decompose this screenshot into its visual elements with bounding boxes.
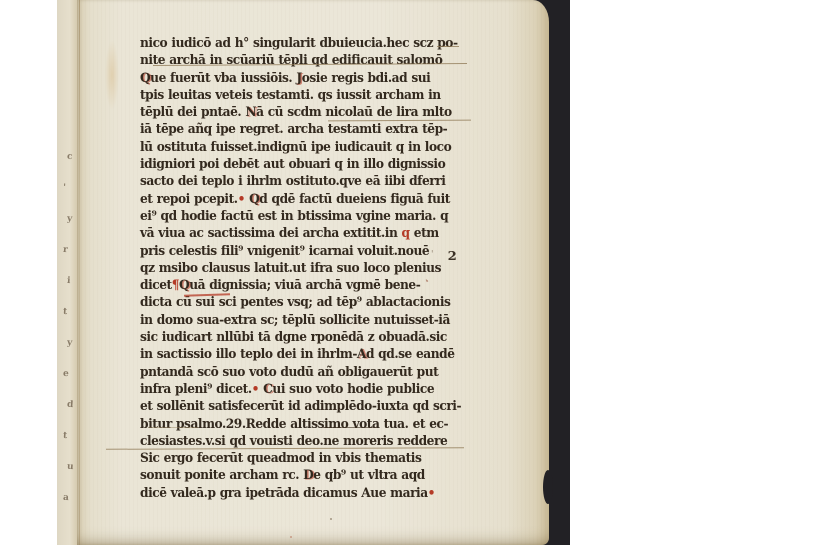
text-line: dicta cū sui sci pentes vsq; ad tēp⁹ abl… xyxy=(140,294,458,311)
text-segment: dicet xyxy=(140,278,172,293)
text-line: in sactissio illo teplo dei in ihrlm-Ad … xyxy=(140,346,458,363)
text-line: pris celestis fili⁹ vnigenit⁹ icarnai vo… xyxy=(140,243,458,260)
text-segment: dicta cū sui sci pentes vsq; ad tēp⁹ abl… xyxy=(140,295,450,310)
text-segment: uā dignissia; viuā archā vgmē bene- xyxy=(189,278,420,293)
text-segment: et sollēnit satisfecerūt id adimplēdo-iu… xyxy=(140,399,461,414)
text-segment: qz msibo clausus latuit.ut ifra suo loco… xyxy=(140,261,441,276)
paper-stain xyxy=(105,40,119,110)
text-segment: bitur psalmo.29.Redde altissimo vota tua… xyxy=(140,417,448,432)
text-line: sonuit ponite archam rc. De qb⁹ ut vltra… xyxy=(140,467,458,484)
text-segment: iā tēpe añq ipe regret. archa testamti e… xyxy=(140,122,447,137)
bleed-fragment: i xyxy=(67,276,71,286)
text-line: pntandā scō suo voto dudū añ obligauerūt… xyxy=(140,364,458,381)
text-segment: sacto dei teplo i ihrlm ostituto.qve eā … xyxy=(140,174,445,189)
text-segment: nico iudicō ad h° singularit dbuieucia.h… xyxy=(140,36,458,51)
text-line: tēplū dei pntaē. Nā cū scdm nicolaū de l… xyxy=(140,104,458,121)
text-line: dicē valeā.p gra ipetrāda dicamus Aue ma… xyxy=(140,485,458,502)
text-line: et sollēnit satisfecerūt id adimplēdo-iu… xyxy=(140,398,458,415)
text-segment: nite archā in scūariū tēpli qd edificaui… xyxy=(140,53,442,68)
underline-vota-tua xyxy=(323,427,377,428)
bleed-fragment: r xyxy=(63,245,68,255)
rubric-mark: • xyxy=(428,486,435,501)
text-segment: tēplū dei pntaē. xyxy=(140,105,245,120)
screenshot-root: { "page": { "description": "incunabulum-… xyxy=(0,0,816,545)
text-line: tpis leuitas veteis testamti. qs iussit … xyxy=(140,87,458,104)
text-line: in domo sua-extra sc; tēplū sollicite nu… xyxy=(140,312,458,329)
text-segment: dicē valeā.p gra ipetrāda dicamus Aue ma… xyxy=(140,486,428,501)
bleed-fragment: d xyxy=(67,400,74,410)
rubric-mark: q xyxy=(402,226,410,241)
text-block: nico iudicō ad h° singularit dbuieucia.h… xyxy=(140,35,480,502)
rubricated-capital: Q xyxy=(179,278,189,293)
text-segment: lū ostituta fuisset.indignū ipe iudicaui… xyxy=(140,140,451,155)
text-segment: infra pleni⁹ dicet. xyxy=(140,382,252,397)
bleed-fragment: y xyxy=(67,338,73,348)
text-segment: in sactissio illo teplo dei in ihrlm- xyxy=(140,347,357,362)
pen-line-short xyxy=(437,46,459,47)
text-line: sic iudicart nllūbi tā dgne rponēdā z ob… xyxy=(140,329,458,346)
text-line: Sic ergo fecerūt queadmod in vbis themat… xyxy=(140,450,458,467)
text-line: iā tēpe añq ipe regret. archa testamti e… xyxy=(140,121,458,138)
text-segment: ā cū scdm nicolaū de lira mlto xyxy=(256,105,452,120)
paper-speck xyxy=(330,518,332,520)
rubric-mark: • xyxy=(252,382,264,397)
text-segment: sic iudicart nllūbi tā dgne rponēdā z ob… xyxy=(140,330,447,345)
rubricated-capital: Q xyxy=(140,71,150,86)
text-line: Que fuerūt vba iussiōis. Josie regis bdi… xyxy=(140,70,458,87)
manuscript-page-scan: c'yrityedtua nico iudicō ad h° singulari… xyxy=(57,0,570,545)
text-segment: d qd.se eandē xyxy=(366,347,455,362)
text-segment: et repoi pcepit. xyxy=(140,192,238,207)
rubricated-capital: C xyxy=(263,382,272,397)
page-edge-notch xyxy=(543,470,553,504)
gutter-crease xyxy=(79,0,80,545)
bleed-fragment: e xyxy=(63,369,69,379)
text-line: qz msibo clausus latuit.ut ifra suo loco… xyxy=(140,260,458,277)
text-line: vā viua ac sactissima dei archa extitit.… xyxy=(140,225,458,242)
rubric-mark: • xyxy=(238,192,250,207)
bleed-fragment: c xyxy=(67,152,73,162)
text-segment: d qdē factū dueiens figuā fuit xyxy=(259,192,450,207)
rubric-mark: ¶ xyxy=(172,278,179,293)
bleed-fragment: t xyxy=(63,431,68,441)
text-segment: ei⁹ qd hodie factū est in btissima vgine… xyxy=(140,209,448,224)
rubricated-capital: N xyxy=(245,105,256,120)
bleed-fragment: y xyxy=(67,214,73,224)
text-line: et repoi pcepit.• Qd qdē factū dueiens f… xyxy=(140,191,458,208)
text-line: lū ostituta fuisset.indignū ipe iudicaui… xyxy=(140,139,458,156)
text-line: ei⁹ qd hodie factū est in btissima vgine… xyxy=(140,208,458,225)
text-segment: pris celestis fili⁹ vnigenit⁹ icarnai vo… xyxy=(140,244,429,259)
text-segment: ui suo voto hodie publice xyxy=(272,382,434,397)
text-segment: pntandā scō suo voto dudū añ obligauerūt… xyxy=(140,365,438,380)
text-line: bitur psalmo.29.Redde altissimo vota tua… xyxy=(140,416,458,433)
text-segment: in domo sua-extra sc; tēplū sollicite nu… xyxy=(140,313,450,328)
bleed-fragment: u xyxy=(67,462,74,472)
text-line: idigniori poi debēt aut obuari q in illo… xyxy=(140,156,458,173)
text-segment: Sic ergo fecerūt queadmod in vbis themat… xyxy=(140,451,421,466)
margin-mark: ' xyxy=(431,250,433,260)
bleed-fragment: t xyxy=(63,307,68,317)
text-segment: etm xyxy=(410,226,439,241)
rubricated-capital: D xyxy=(303,468,313,483)
rubricated-capital: Q xyxy=(249,192,259,207)
text-line: nico iudicō ad h° singularit dbuieucia.h… xyxy=(140,35,458,52)
text-segment: ue fuerūt vba iussiōis. xyxy=(150,71,296,86)
text-segment: vā viua ac sactissima dei archa extitit.… xyxy=(140,226,402,241)
text-segment: e qb⁹ ut vltra aqd xyxy=(313,468,425,483)
rubricated-capital: A xyxy=(357,347,366,362)
text-segment: sonuit ponite archam rc. xyxy=(140,468,303,483)
text-line: sacto dei teplo i ihrlm ostituto.qve eā … xyxy=(140,173,458,190)
paper-speck xyxy=(290,536,292,538)
underline-psalmo xyxy=(148,427,198,428)
text-line: nite archā in scūariū tēpli qd edificaui… xyxy=(140,52,458,69)
text-line: dicet¶Quā dignissia; viuā archā vgmē ben… xyxy=(140,277,458,294)
text-segment: idigniori poi debēt aut obuari q in illo… xyxy=(140,157,445,172)
text-segment: tpis leuitas veteis testamti. qs iussit … xyxy=(140,88,441,103)
folio-number: 2 xyxy=(448,249,457,263)
text-segment: osie regis bdi.ad sui xyxy=(302,71,431,86)
text-line: infra pleni⁹ dicet.• Cui suo voto hodie … xyxy=(140,381,458,398)
bleed-fragment: a xyxy=(63,493,70,503)
